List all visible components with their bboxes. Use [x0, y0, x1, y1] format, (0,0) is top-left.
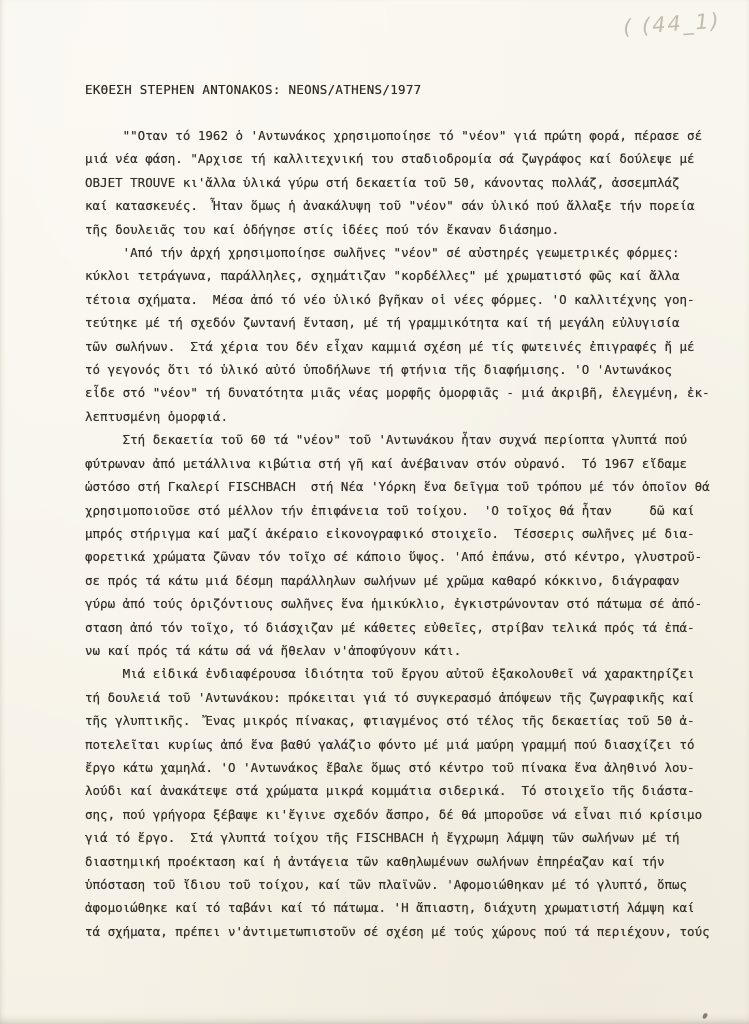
- text-line: τεύτηκε μέ τή σχεδόν ζωντανή ἔνταση, μέ …: [85, 311, 725, 334]
- text-line: χρησιμοποιοῦσε στό μέλλον τήν ἐπιφάνεια …: [85, 499, 725, 522]
- handwritten-page-number: ( (44_1): [622, 9, 721, 40]
- text-line: ""Οταν τό 1962 ὁ 'Αντωνάκος χρησιμοποίησ…: [85, 124, 725, 147]
- text-line: OBJET TROUVE κι'ἄλλα ὑλικά γύρω στή δεκα…: [85, 171, 725, 194]
- text-line: μπρός στήριγμα καί μαζί ἀκέραιο εἰκονογρ…: [85, 522, 725, 545]
- text-line: κύκλοι τετράγωνα, παράλληλες, σχημάτιζαν…: [85, 264, 725, 287]
- text-line: τῆς γλυπτικῆς. Ἔνας μικρός πίνακας, φτια…: [85, 709, 725, 732]
- text-line: 'Από τήν ἀρχή χρησιμοποίησε σωλῆνες "νέο…: [85, 241, 725, 264]
- text-line: γύρω ἀπό τούς ὁριζόντιους σωλῆνες ἕνα ἡμ…: [85, 592, 725, 615]
- text-line: διαστημική προέκταση καί ἡ ἀντάγεια τῶν …: [85, 850, 725, 873]
- text-line: τῆς δουλειᾶς του καί ὁδήγησε στίς ἰδέες …: [85, 218, 725, 241]
- document-title: ΕΚΘΕΣΗ STEPHEN ANTONAKOS: NEONS/ATHENS/1…: [85, 82, 422, 97]
- text-line: σης, πού γρήγορα ξέβαψε κι'ἔγινε σχεδόν …: [85, 803, 725, 826]
- text-line: τά σχήματα, πρέπει ν'ἀντιμετωπιστοῦν σέ …: [85, 920, 725, 943]
- text-line: τέτοια σχήματα. Μέσα ἀπό τό νέο ὑλικό βγ…: [85, 288, 725, 311]
- text-line: ἔργο κάτω χαμηλά. 'Ο 'Αντωνάκος ἔβαλε ὅμ…: [85, 756, 725, 779]
- text-line: τῶν σωλήνων. Στά χέρια του δέν εἶχαν καμ…: [85, 335, 725, 358]
- document-body: ""Οταν τό 1962 ὁ 'Αντωνάκος χρησιμοποίησ…: [85, 124, 725, 943]
- text-line: Στή δεκαετία τοῦ 60 τά "νέον" τοῦ 'Αντων…: [85, 428, 725, 451]
- scanned-typewritten-page: ( (44_1) ΕΚΘΕΣΗ STEPHEN ANTONAKOS: NEONS…: [0, 0, 749, 1024]
- text-line: λεπτυσμένη ὁμορφιά.: [85, 405, 725, 428]
- text-line: καί κατασκευές. Ἦταν ὅμως ἡ ἀνακάλυψη το…: [85, 194, 725, 217]
- text-line: γιά τό ἔργο. Στά γλυπτά τοίχου τῆς FISCH…: [85, 826, 725, 849]
- text-line: ἀφομοιώθηκε καί τό ταβάνι καί τό πάτωμα.…: [85, 896, 725, 919]
- text-line: τό γεγονός ὅτι τό ὑλικό αὐτό ὑποδήλωνε τ…: [85, 358, 725, 381]
- text-line: ὡστόσο στή Γκαλερί FISCHBACH στή Νέα 'Υό…: [85, 475, 725, 498]
- text-line: Μιά εἰδικά ἐνδιαφέρουσα ἰδιότητα τοῦ ἔργ…: [85, 662, 725, 685]
- text-line: φύτρωναν ἀπό μετάλλινα κιβώτια στή γῆ κα…: [85, 452, 725, 475]
- text-line: λούδι καί ἀνακάτεψε στά χρώματα μικρά κο…: [85, 779, 725, 802]
- text-line: ὑπόσταση τοῦ ἴδιου τοῦ τοίχου, καί τῶν π…: [85, 873, 725, 896]
- text-line: ποτελεῖται κυρίως ἀπό ἕνα βαθύ γαλάζιο φ…: [85, 733, 725, 756]
- ink-speck: [702, 1012, 708, 1019]
- text-line: νω καί πρός τά κάτω σά νά ἤθελαν ν'ἀποφύ…: [85, 639, 725, 662]
- text-line: μιά νέα φάση. "Αρχισε τή καλλιτεχνική το…: [85, 147, 725, 170]
- text-line: εἶδε στό "νέον" τή δυνατότητα μιᾶς νέας …: [85, 381, 725, 404]
- text-line: τή δουλειά τοῦ 'Αντωνάκου: πρόκειται γιά…: [85, 686, 725, 709]
- text-line: σε πρός τά κάτω μιά δέσμη παράλληλων σωλ…: [85, 569, 725, 592]
- text-line: σταση ἀπό τόν τοῖχο, τό διάσχιζαν μέ κάθ…: [85, 616, 725, 639]
- text-line: φορετικά χρώματα ζῶναν τόν τοῖχο σέ κάπο…: [85, 545, 725, 568]
